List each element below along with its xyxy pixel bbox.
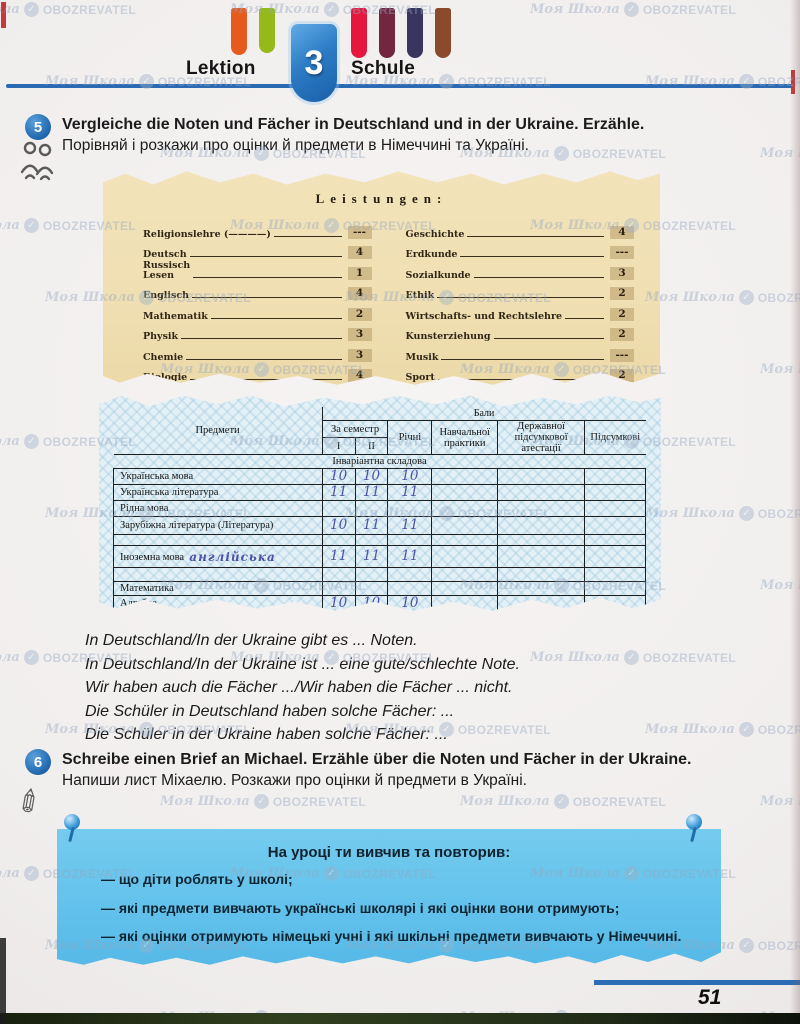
report-grade: 3 — [348, 349, 372, 362]
report-row: Erdkunde--- — [406, 240, 635, 261]
grade-cell: 10 — [355, 596, 388, 612]
empty-cell — [584, 568, 645, 582]
empty-cell — [498, 485, 585, 501]
exercise-5-number: 5 — [25, 114, 51, 140]
transcript-row — [114, 535, 646, 546]
transcript-table-body: Українська мова101010Українська літерату… — [114, 469, 646, 612]
summary-item-text: які оцінки отримують німецькі учні і які… — [119, 928, 682, 944]
bullet-dash: — — [101, 928, 119, 944]
textbook-page: Lektion 3 Schule 5 Vergleiche die Noten … — [0, 0, 800, 1024]
report-grade: 4 — [348, 287, 372, 300]
transcript-row: Алгебра101010 — [114, 596, 646, 612]
grade-cell: 11 — [355, 546, 388, 568]
report-leader-line — [186, 359, 341, 360]
crayon-mark — [435, 8, 451, 58]
empty-cell — [498, 535, 585, 546]
crayon-mark — [231, 8, 247, 55]
summary-item: — які оцінки отримують німецькі учні і я… — [79, 926, 701, 947]
task-ukrainian: Порівняй і розкажи про оцінки й предмети… — [62, 137, 529, 154]
watermark-script: Моя Школа — [0, 218, 20, 233]
check-circle-icon: ✓ — [739, 506, 754, 521]
grade-cell: 10 — [322, 517, 355, 535]
transcript-table: Предмети Бали За семестр Річні Навчально… — [113, 407, 646, 612]
empty-cell — [584, 501, 645, 517]
report-leader-line — [193, 277, 341, 278]
report-leader-line — [190, 256, 342, 257]
empty-cell — [584, 469, 645, 485]
empty-cell — [498, 501, 585, 517]
grade-cell: 11 — [322, 546, 355, 568]
grade-cell — [322, 568, 355, 582]
bullet-dash: — — [101, 900, 119, 916]
watermark: Моя Школа✓OBOZREVATEL — [645, 290, 800, 305]
empty-cell — [498, 546, 585, 568]
report-leader-line — [190, 379, 341, 380]
watermark-brand: OBOZREVATEL — [273, 795, 366, 809]
grade-cell: 11 — [388, 546, 432, 568]
pattern-line: Die Schüler in der Ukraine haben solche … — [85, 723, 520, 747]
lesson-summary-box: На уроці ти вивчив та повторив: — що діт… — [57, 829, 721, 969]
transcript-subject — [114, 535, 323, 546]
page-edge-shadow — [790, 0, 800, 1024]
report-subject: Musik — [406, 353, 439, 363]
report-subject: Physik — [143, 332, 178, 342]
empty-cell — [432, 501, 498, 517]
watermark-script: Моя Школа — [0, 650, 20, 665]
report-subject: Ethik — [406, 291, 435, 301]
transcript-subject: Іноземна мова англійська — [114, 546, 323, 568]
report-grade: --- — [610, 246, 634, 259]
watermark-brand: OBOZREVATEL — [43, 3, 136, 17]
grade-cell: 11 — [322, 485, 355, 501]
report-grade: 3 — [610, 267, 634, 280]
report-grade: --- — [610, 349, 634, 362]
check-circle-icon: ✓ — [254, 794, 269, 809]
grade-cell — [355, 501, 388, 517]
col-semester: За семестр — [322, 421, 388, 438]
transcript-row: Іноземна мова англійська111111 — [114, 546, 646, 568]
watermark-script: Моя Школа — [645, 722, 735, 737]
pattern-line: Wir haben auch die Fächer .../Wir haben … — [85, 676, 520, 700]
report-row: Physik3 — [143, 322, 372, 343]
watermark: Моя Школа✓OBOZREVATEL — [645, 506, 800, 521]
empty-cell — [584, 535, 645, 546]
pattern-line: Die Schüler in Deutschland haben solche … — [85, 700, 520, 724]
transcript-row — [114, 568, 646, 582]
pushpin-icon — [64, 814, 80, 830]
report-subject: Biologie — [143, 373, 187, 383]
check-circle-icon: ✓ — [24, 218, 39, 233]
summary-item-text: які предмети вивчають українські школярі… — [119, 900, 619, 916]
transcript-row: Математика — [114, 582, 646, 596]
report-leader-line — [460, 256, 604, 257]
empty-cell — [584, 485, 645, 501]
report-row: Chemie3 — [143, 342, 372, 363]
col-year: Річні — [388, 421, 432, 455]
report-grade: 4 — [348, 246, 372, 259]
grade-cell — [322, 501, 355, 517]
col-sem1: І — [322, 438, 355, 455]
report-grade: 4 — [610, 226, 634, 239]
report-grade: 4 — [348, 369, 372, 382]
report-right-column: Geschichte4Erdkunde---Sozialkunde3Ethik2… — [406, 219, 635, 383]
report-leader-line — [467, 236, 604, 237]
transcript-row: Зарубіжна література (Література)101111 — [114, 517, 646, 535]
watermark-brand: OBOZREVATEL — [643, 3, 736, 17]
grade-cell: 10 — [322, 469, 355, 485]
watermark-script: Моя Школа — [460, 794, 550, 809]
pattern-line: In Deutschland/In der Ukraine gibt es ..… — [85, 629, 520, 653]
empty-cell — [498, 469, 585, 485]
empty-cell — [584, 596, 645, 612]
check-circle-icon: ✓ — [739, 722, 754, 737]
transcript-row: Українська література111111 — [114, 485, 646, 501]
report-grade: 2 — [348, 308, 372, 321]
grade-cell — [322, 582, 355, 596]
report-row: Sport2 — [406, 363, 635, 384]
watermark-script: Моя Школа — [0, 434, 20, 449]
report-row: Musik--- — [406, 342, 635, 363]
empty-cell — [584, 582, 645, 596]
report-leader-line — [274, 236, 342, 237]
report-leader-line — [565, 318, 604, 319]
crayon-mark — [407, 8, 423, 58]
watermark-script: Моя Школа — [530, 650, 620, 665]
report-row: Deutsch4 — [143, 240, 372, 261]
grade-cell — [388, 582, 432, 596]
empty-cell — [432, 485, 498, 501]
summary-item-text: що діти роблять у школі; — [119, 871, 293, 887]
report-row: Sozialkunde3 — [406, 260, 635, 281]
exercise-number-text: 6 — [34, 754, 42, 771]
summary-item: — що діти роблять у школі; — [79, 869, 701, 890]
check-circle-icon: ✓ — [624, 650, 639, 665]
report-row: Kunsterziehung2 — [406, 322, 635, 343]
lesson-label: Lektion — [186, 58, 256, 80]
grade-cell — [388, 501, 432, 517]
empty-cell — [498, 596, 585, 612]
empty-cell — [432, 517, 498, 535]
exercise-number-text: 5 — [34, 119, 42, 136]
report-grade: 2 — [610, 287, 634, 300]
grade-cell — [355, 535, 388, 546]
empty-cell — [432, 596, 498, 612]
empty-cell — [432, 546, 498, 568]
report-title: Leistungen: — [103, 191, 660, 207]
report-leader-line — [441, 359, 604, 360]
grade-cell: 10 — [322, 596, 355, 612]
speaking-pair-icon — [16, 138, 56, 182]
watermark-script: Моя Школа — [530, 2, 620, 17]
german-report-card: Leistungen: Religionslehre (————)---Deut… — [103, 167, 660, 387]
bullet-dash: — — [101, 871, 119, 887]
report-row: Ethik2 — [406, 281, 635, 302]
check-circle-icon: ✓ — [739, 938, 754, 953]
report-leader-line — [494, 338, 604, 339]
grade-cell — [355, 582, 388, 596]
grade-cell: 10 — [388, 469, 432, 485]
report-grade: --- — [348, 226, 372, 239]
watermark-script: Моя Школа — [0, 866, 20, 881]
handwritten-note: англійська — [184, 550, 276, 564]
report-row: Religionslehre (————)--- — [143, 219, 372, 240]
empty-cell — [432, 535, 498, 546]
lesson-number-badge: 3 — [291, 24, 337, 102]
report-subject: Mathematik — [143, 312, 208, 322]
page-number: 51 — [698, 986, 721, 1010]
exercise-6-task: Schreibe einen Brief an Michael. Erzähle… — [62, 749, 734, 791]
task-german: Vergleiche die Noten und Fächer in Deuts… — [62, 116, 644, 133]
report-grade: 2 — [610, 308, 634, 321]
col-subject: Предмети — [114, 407, 323, 455]
watermark-brand: OBOZREVATEL — [573, 795, 666, 809]
grade-cell: 11 — [388, 517, 432, 535]
empty-cell — [432, 582, 498, 596]
task-ukrainian: Напиши лист Міхаелю. Розкажи про оцінки … — [62, 772, 527, 789]
transcript-row: Рідна мова — [114, 501, 646, 517]
empty-cell — [432, 469, 498, 485]
col-practice: Навчальної практики — [432, 421, 498, 455]
col-final: Підсумкові — [584, 421, 645, 455]
grade-cell — [388, 568, 432, 582]
transcript-subject: Алгебра — [114, 596, 323, 612]
summary-item: — які предмети вивчають українські школя… — [79, 898, 701, 919]
watermark-brand: OBOZREVATEL — [643, 651, 736, 665]
empty-cell — [498, 582, 585, 596]
watermark: Моя Школа✓OBOZREVATEL — [530, 650, 736, 665]
grade-cell — [355, 568, 388, 582]
check-circle-icon: ✓ — [624, 2, 639, 17]
report-subject: Russisch Lesen — [143, 261, 190, 281]
transcript-subject: Українська мова — [114, 469, 323, 485]
check-circle-icon: ✓ — [24, 2, 39, 17]
report-subject: Sozialkunde — [406, 271, 471, 281]
report-row: Russisch Lesen1 — [143, 260, 372, 281]
sentence-patterns: In Deutschland/In der Ukraine gibt es ..… — [85, 629, 520, 747]
transcript-subject — [114, 568, 323, 582]
crayon-mark — [259, 8, 275, 53]
report-row: Englisch4 — [143, 281, 372, 302]
col-state: Державної підсумкової атестації — [498, 421, 585, 455]
report-leader-line — [192, 297, 341, 298]
watermark: Моя Школа✓OBOZREVATEL — [0, 2, 136, 17]
report-grade: 3 — [348, 328, 372, 341]
grade-cell: 10 — [355, 469, 388, 485]
check-circle-icon: ✓ — [739, 290, 754, 305]
report-subject: Deutsch — [143, 250, 187, 260]
report-row: Biologie4 — [143, 363, 372, 384]
transcript-subject: Зарубіжна література (Література) — [114, 517, 323, 535]
col-points: Бали — [322, 407, 645, 421]
grade-cell — [388, 535, 432, 546]
report-leader-line — [438, 379, 604, 380]
check-circle-icon: ✓ — [324, 2, 339, 17]
watermark: Моя Школа✓OBOZREVATEL — [460, 794, 666, 809]
table-section-label: Інваріантна складова — [114, 455, 646, 469]
report-leader-line — [211, 318, 342, 319]
report-leader-line — [181, 338, 341, 339]
lesson-number: 3 — [305, 44, 324, 83]
watermark: Моя Школа✓OBOZREVATEL — [530, 2, 736, 17]
pattern-line: In Deutschland/In der Ukraine ist ... ei… — [85, 653, 520, 677]
report-row: Wirtschafts- und Rechtslehre2 — [406, 301, 635, 322]
check-circle-icon: ✓ — [24, 650, 39, 665]
check-circle-icon: ✓ — [554, 794, 569, 809]
report-leader-line — [437, 297, 604, 298]
report-subject: Chemie — [143, 353, 183, 363]
report-subject: Religionslehre (————) — [143, 230, 271, 240]
pushpin-icon — [686, 814, 702, 830]
empty-cell — [498, 568, 585, 582]
report-grade: 2 — [610, 328, 634, 341]
report-grade: 1 — [348, 267, 372, 280]
check-circle-icon: ✓ — [24, 434, 39, 449]
pencil-icon: ✎ — [9, 779, 52, 820]
scan-left-edge — [0, 938, 6, 1024]
watermark: Моя Школа✓OBOZREVATEL — [160, 794, 366, 809]
report-grade: 2 — [610, 369, 634, 382]
watermark-script: Моя Школа — [160, 794, 250, 809]
transcript-subject: Рідна мова — [114, 501, 323, 517]
scan-edge-mark — [1, 2, 6, 28]
report-subject: Wirtschafts- und Rechtslehre — [406, 312, 563, 322]
grade-cell: 10 — [388, 596, 432, 612]
empty-cell — [584, 517, 645, 535]
crayon-mark — [351, 8, 367, 58]
grade-cell: 11 — [355, 485, 388, 501]
crayon-mark — [379, 8, 395, 58]
empty-cell — [432, 568, 498, 582]
report-subject: Englisch — [143, 291, 189, 301]
col-sem2: ІІ — [355, 438, 388, 455]
grade-cell — [322, 535, 355, 546]
transcript-row: Українська мова101010 — [114, 469, 646, 485]
report-row: Mathematik2 — [143, 301, 372, 322]
summary-title: На уроці ти вивчив та повторив: — [57, 844, 721, 861]
check-circle-icon: ✓ — [24, 866, 39, 881]
transcript-subject: Математика — [114, 582, 323, 596]
report-subject: Sport — [406, 373, 435, 383]
report-left-column: Religionslehre (————)---Deutsch4Russisch… — [143, 219, 372, 383]
scan-bottom-edge — [0, 1013, 800, 1024]
grade-cell: 11 — [355, 517, 388, 535]
report-leader-line — [474, 277, 604, 278]
header-rule — [6, 84, 795, 88]
empty-cell — [498, 517, 585, 535]
empty-cell — [584, 546, 645, 568]
report-subject: Erdkunde — [406, 250, 458, 260]
summary-items: — що діти роблять у школі;— які предмети… — [79, 869, 701, 947]
exercise-6-number: 6 — [25, 749, 51, 775]
footer-rule — [594, 980, 800, 985]
report-subject: Kunsterziehung — [406, 332, 491, 342]
report-subject: Geschichte — [406, 230, 465, 240]
report-row: Geschichte4 — [406, 219, 635, 240]
grade-cell: 11 — [388, 485, 432, 501]
task-german: Schreibe einen Brief an Michael. Erzähle… — [62, 751, 692, 768]
watermark: Моя Школа✓OBOZREVATEL — [645, 722, 800, 737]
exercise-5-task: Vergleiche die Noten und Fächer in Deuts… — [62, 114, 722, 156]
ukrainian-transcript-card: Предмети Бали За семестр Річні Навчально… — [99, 391, 661, 613]
transcript-subject: Українська література — [114, 485, 323, 501]
lesson-title: Schule — [351, 58, 415, 80]
